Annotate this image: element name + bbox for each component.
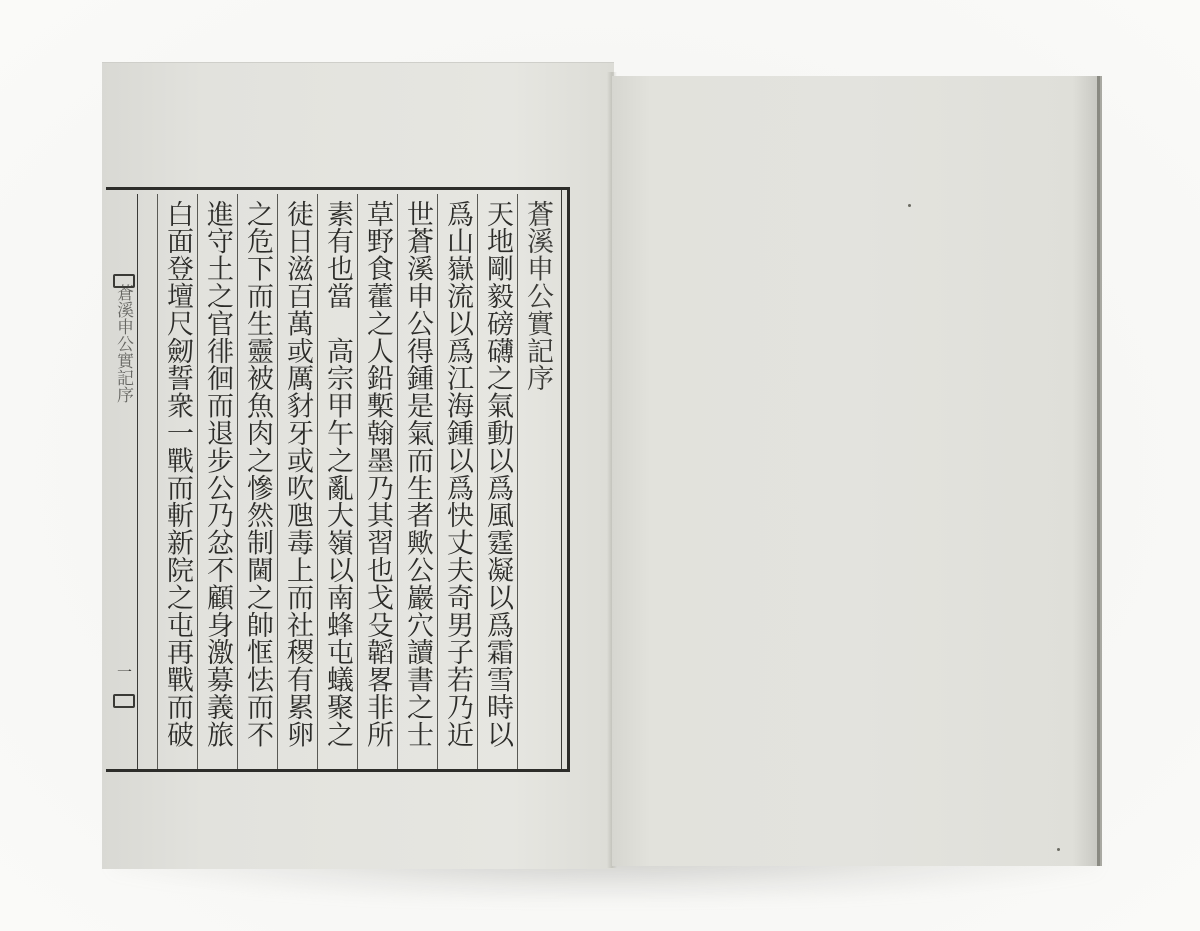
right-page-blank bbox=[612, 76, 1100, 866]
text-column-5: 素有也當 高宗甲午之亂大嶺以南蜂屯蟻聚之 bbox=[317, 194, 357, 769]
paper-speck bbox=[908, 204, 911, 207]
text-column-4: 草野食藿之人鉛槧翰墨乃其習也戈殳韜畧非所 bbox=[357, 194, 397, 769]
preface-title-column: 蒼溪申公實記序 bbox=[517, 194, 557, 769]
text-column-1: 天地剛毅磅礴之氣動以爲風霆凝以爲霜雪時以 bbox=[477, 194, 517, 769]
text-column-2: 爲山嶽流以爲江海鍾以爲快丈夫奇男子若乃近 bbox=[437, 194, 477, 769]
text-column-7: 之危下而生靈被魚肉之慘然制閫之帥恇怯而不 bbox=[237, 194, 277, 769]
printed-text-frame: 蒼溪申公實記序 天地剛毅磅礴之氣動以爲風霆凝以爲霜雪時以 爲山嶽流以爲江海鍾以爲… bbox=[106, 187, 570, 772]
text-columns: 蒼溪申公實記序 天地剛毅磅礴之氣動以爲風霆凝以爲霜雪時以 爲山嶽流以爲江海鍾以爲… bbox=[157, 194, 557, 769]
paper-speck bbox=[1057, 848, 1060, 851]
page-number: 一 bbox=[114, 664, 135, 679]
left-page: 蒼溪申公實記序 天地剛毅磅礴之氣動以爲風霆凝以爲霜雪時以 爲山嶽流以爲江海鍾以爲… bbox=[102, 62, 614, 869]
open-book: 蒼溪申公實記序 天地剛毅磅礴之氣動以爲風霆凝以爲霜雪時以 爲山嶽流以爲江海鍾以爲… bbox=[102, 62, 1097, 870]
text-column-8: 進守土之官徘徊而退步公乃忿不顧身激募義旅 bbox=[197, 194, 237, 769]
text-column-9: 白面登壇尺劒誓衆一戰而斬新院之屯再戰而破 bbox=[157, 194, 197, 769]
text-column-3: 世蒼溪申公得鍾是氣而生者歟公巖穴讀書之士 bbox=[397, 194, 437, 769]
page-margin-column: 蒼溪申公實記序 一 bbox=[110, 194, 138, 769]
fishtail-ornament-icon bbox=[113, 694, 135, 708]
text-column-6: 徒日滋百萬或厲豺牙或吹虺毒上而社稷有累卵 bbox=[277, 194, 317, 769]
margin-title: 蒼溪申公實記序 bbox=[112, 284, 134, 403]
